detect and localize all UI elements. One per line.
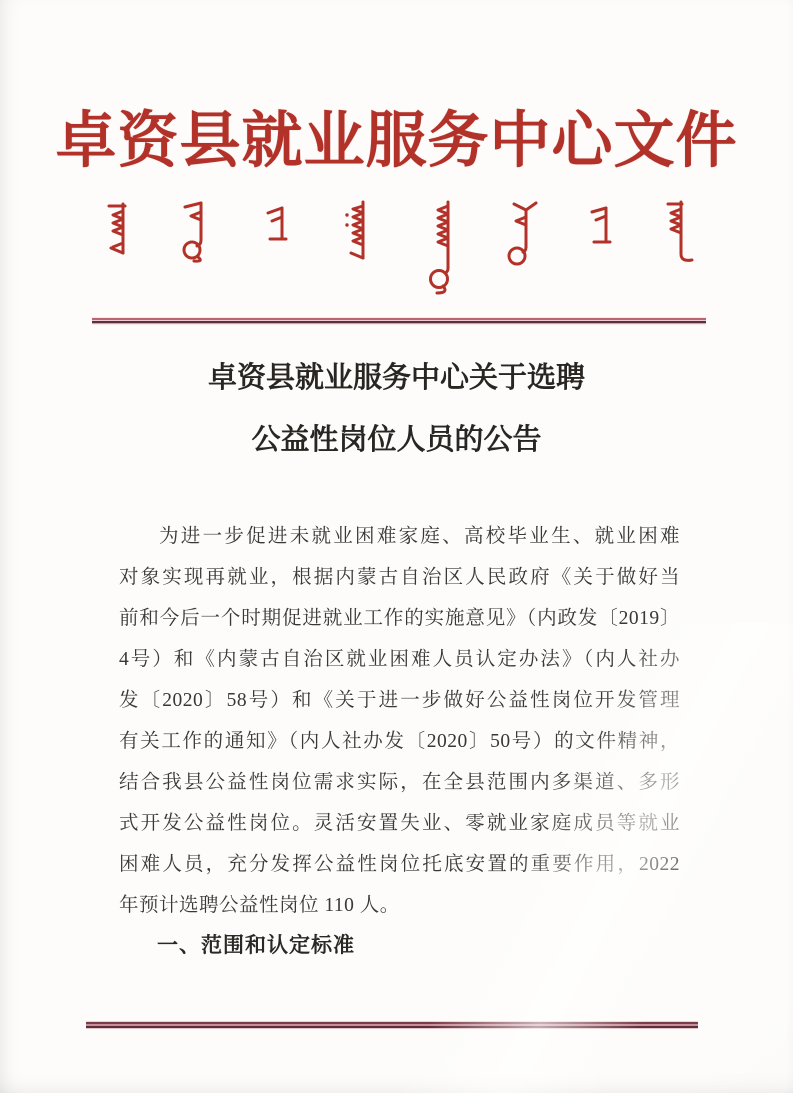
notice-title-line-2: 公益性岗位人员的公告: [0, 419, 793, 461]
scanned-official-document: 卓资县就业服务中心文件: [0, 0, 793, 1093]
mongolian-word-icon: [658, 200, 694, 266]
body-line: 年预计选聘公益性岗位 110 人。: [119, 885, 680, 926]
notice-title-line-1: 卓资县就业服务中心关于选聘: [0, 357, 793, 399]
mongolian-word-icon: [586, 204, 616, 248]
letterhead-title: 卓资县就业服务中心文件: [0, 96, 793, 174]
mongolian-word-icon: [100, 201, 134, 259]
section-heading: 一、范围和认定标准: [119, 926, 680, 966]
notice-body: 为进一步促进未就业困难家庭、高校毕业生、就业困难 对象实现再就业，根据内蒙古自治…: [119, 516, 680, 926]
body-line: 发〔2020〕58号）和《关于进一步做好公益性岗位开发管理: [119, 680, 680, 721]
letterhead-separator-rule: [92, 317, 706, 325]
footer-rule-line: [86, 1021, 698, 1029]
body-line: 对象实现再就业，根据内蒙古自治区人民政府《关于做好当: [119, 557, 680, 598]
body-line: 有关工作的通知》（内人社办发〔2020〕50号）的文件精神，: [119, 721, 680, 762]
mongolian-word-icon: [261, 204, 293, 244]
body-line: 前和今后一个时期促进就业工作的实施意见》（内政发〔2019〕: [119, 598, 680, 639]
mongolian-word-icon: [340, 200, 374, 262]
body-line: 式开发公益性岗位。灵活安置失业、零就业家庭成员等就业: [119, 803, 680, 844]
mongolian-word-icon: [504, 201, 538, 267]
mongolian-word-icon: [178, 200, 214, 264]
body-line: 结合我县公益性岗位需求实际，在全县范围内多渠道、多形: [119, 762, 680, 803]
body-line: 困难人员，充分发挥公益性岗位托底安置的重要作用，2022: [119, 844, 680, 885]
mongolian-word-icon: [423, 200, 461, 296]
body-line: 4号）和《内蒙古自治区就业困难人员认定办法》（内人社办: [119, 639, 680, 680]
body-line: 为进一步促进未就业困难家庭、高校毕业生、就业困难: [119, 516, 680, 557]
